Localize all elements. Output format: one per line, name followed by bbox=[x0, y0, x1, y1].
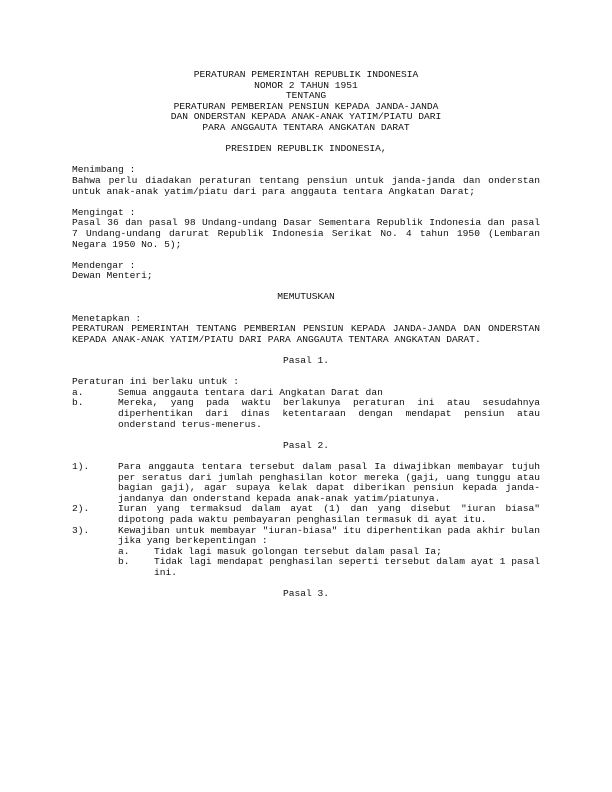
pasal-1-title: Pasal 1. bbox=[72, 356, 540, 367]
menimbang-text: Bahwa perlu diadakan peraturan tentang p… bbox=[72, 176, 540, 197]
item-text: Para anggauta tentara tersebut dalam pas… bbox=[118, 462, 540, 504]
pasal-2-item: 2). Iuran yang termaksud dalam ayat (1) … bbox=[72, 504, 540, 525]
item-marker: 3). bbox=[72, 526, 118, 547]
pasal-2-title: Pasal 2. bbox=[72, 441, 540, 452]
header-line: PARA ANGGAUTA TENTARA ANGKATAN DARAT bbox=[72, 123, 540, 134]
pasal-3-title: Pasal 3. bbox=[72, 589, 540, 600]
subitem-text: Tidak lagi mendapat penghasilan seperti … bbox=[154, 557, 540, 578]
item-text: Mereka, yang pada waktu berlakunya perat… bbox=[118, 398, 540, 430]
mengingat-text: Pasal 36 dan pasal 98 Undang-undang Dasa… bbox=[72, 218, 540, 250]
item-marker: b. bbox=[72, 398, 118, 430]
header-line: PERATURAN PEMERINTAH REPUBLIK INDONESIA bbox=[72, 70, 540, 81]
pasal-2-item: 1). Para anggauta tentara tersebut dalam… bbox=[72, 462, 540, 504]
menetapkan-text: PERATURAN PEMERINTAH TENTANG PEMBERIAN P… bbox=[72, 324, 540, 345]
subitem-marker: b. bbox=[118, 557, 154, 578]
pasal-2-item: 3). Kewajiban untuk membayar "iuran-bias… bbox=[72, 526, 540, 547]
memutuskan-heading: MEMUTUSKAN bbox=[72, 292, 540, 303]
item-marker: 1). bbox=[72, 462, 118, 504]
pasal-2-subitem: b. Tidak lagi mendapat penghasilan seper… bbox=[118, 557, 540, 578]
item-text: Iuran yang termaksud dalam ayat (1) dan … bbox=[118, 504, 540, 525]
item-text: Kewajiban untuk membayar "iuran-biasa" i… bbox=[118, 526, 540, 547]
mendengar-text: Dewan Menteri; bbox=[72, 271, 540, 282]
document-header: PERATURAN PEMERINTAH REPUBLIK INDONESIA … bbox=[72, 70, 540, 134]
document-page: PERATURAN PEMERINTAH REPUBLIK INDONESIA … bbox=[72, 70, 540, 600]
pasal-1-item: b. Mereka, yang pada waktu berlakunya pe… bbox=[72, 398, 540, 430]
item-marker: 2). bbox=[72, 504, 118, 525]
president-heading: PRESIDEN REPUBLIK INDONESIA, bbox=[72, 144, 540, 155]
